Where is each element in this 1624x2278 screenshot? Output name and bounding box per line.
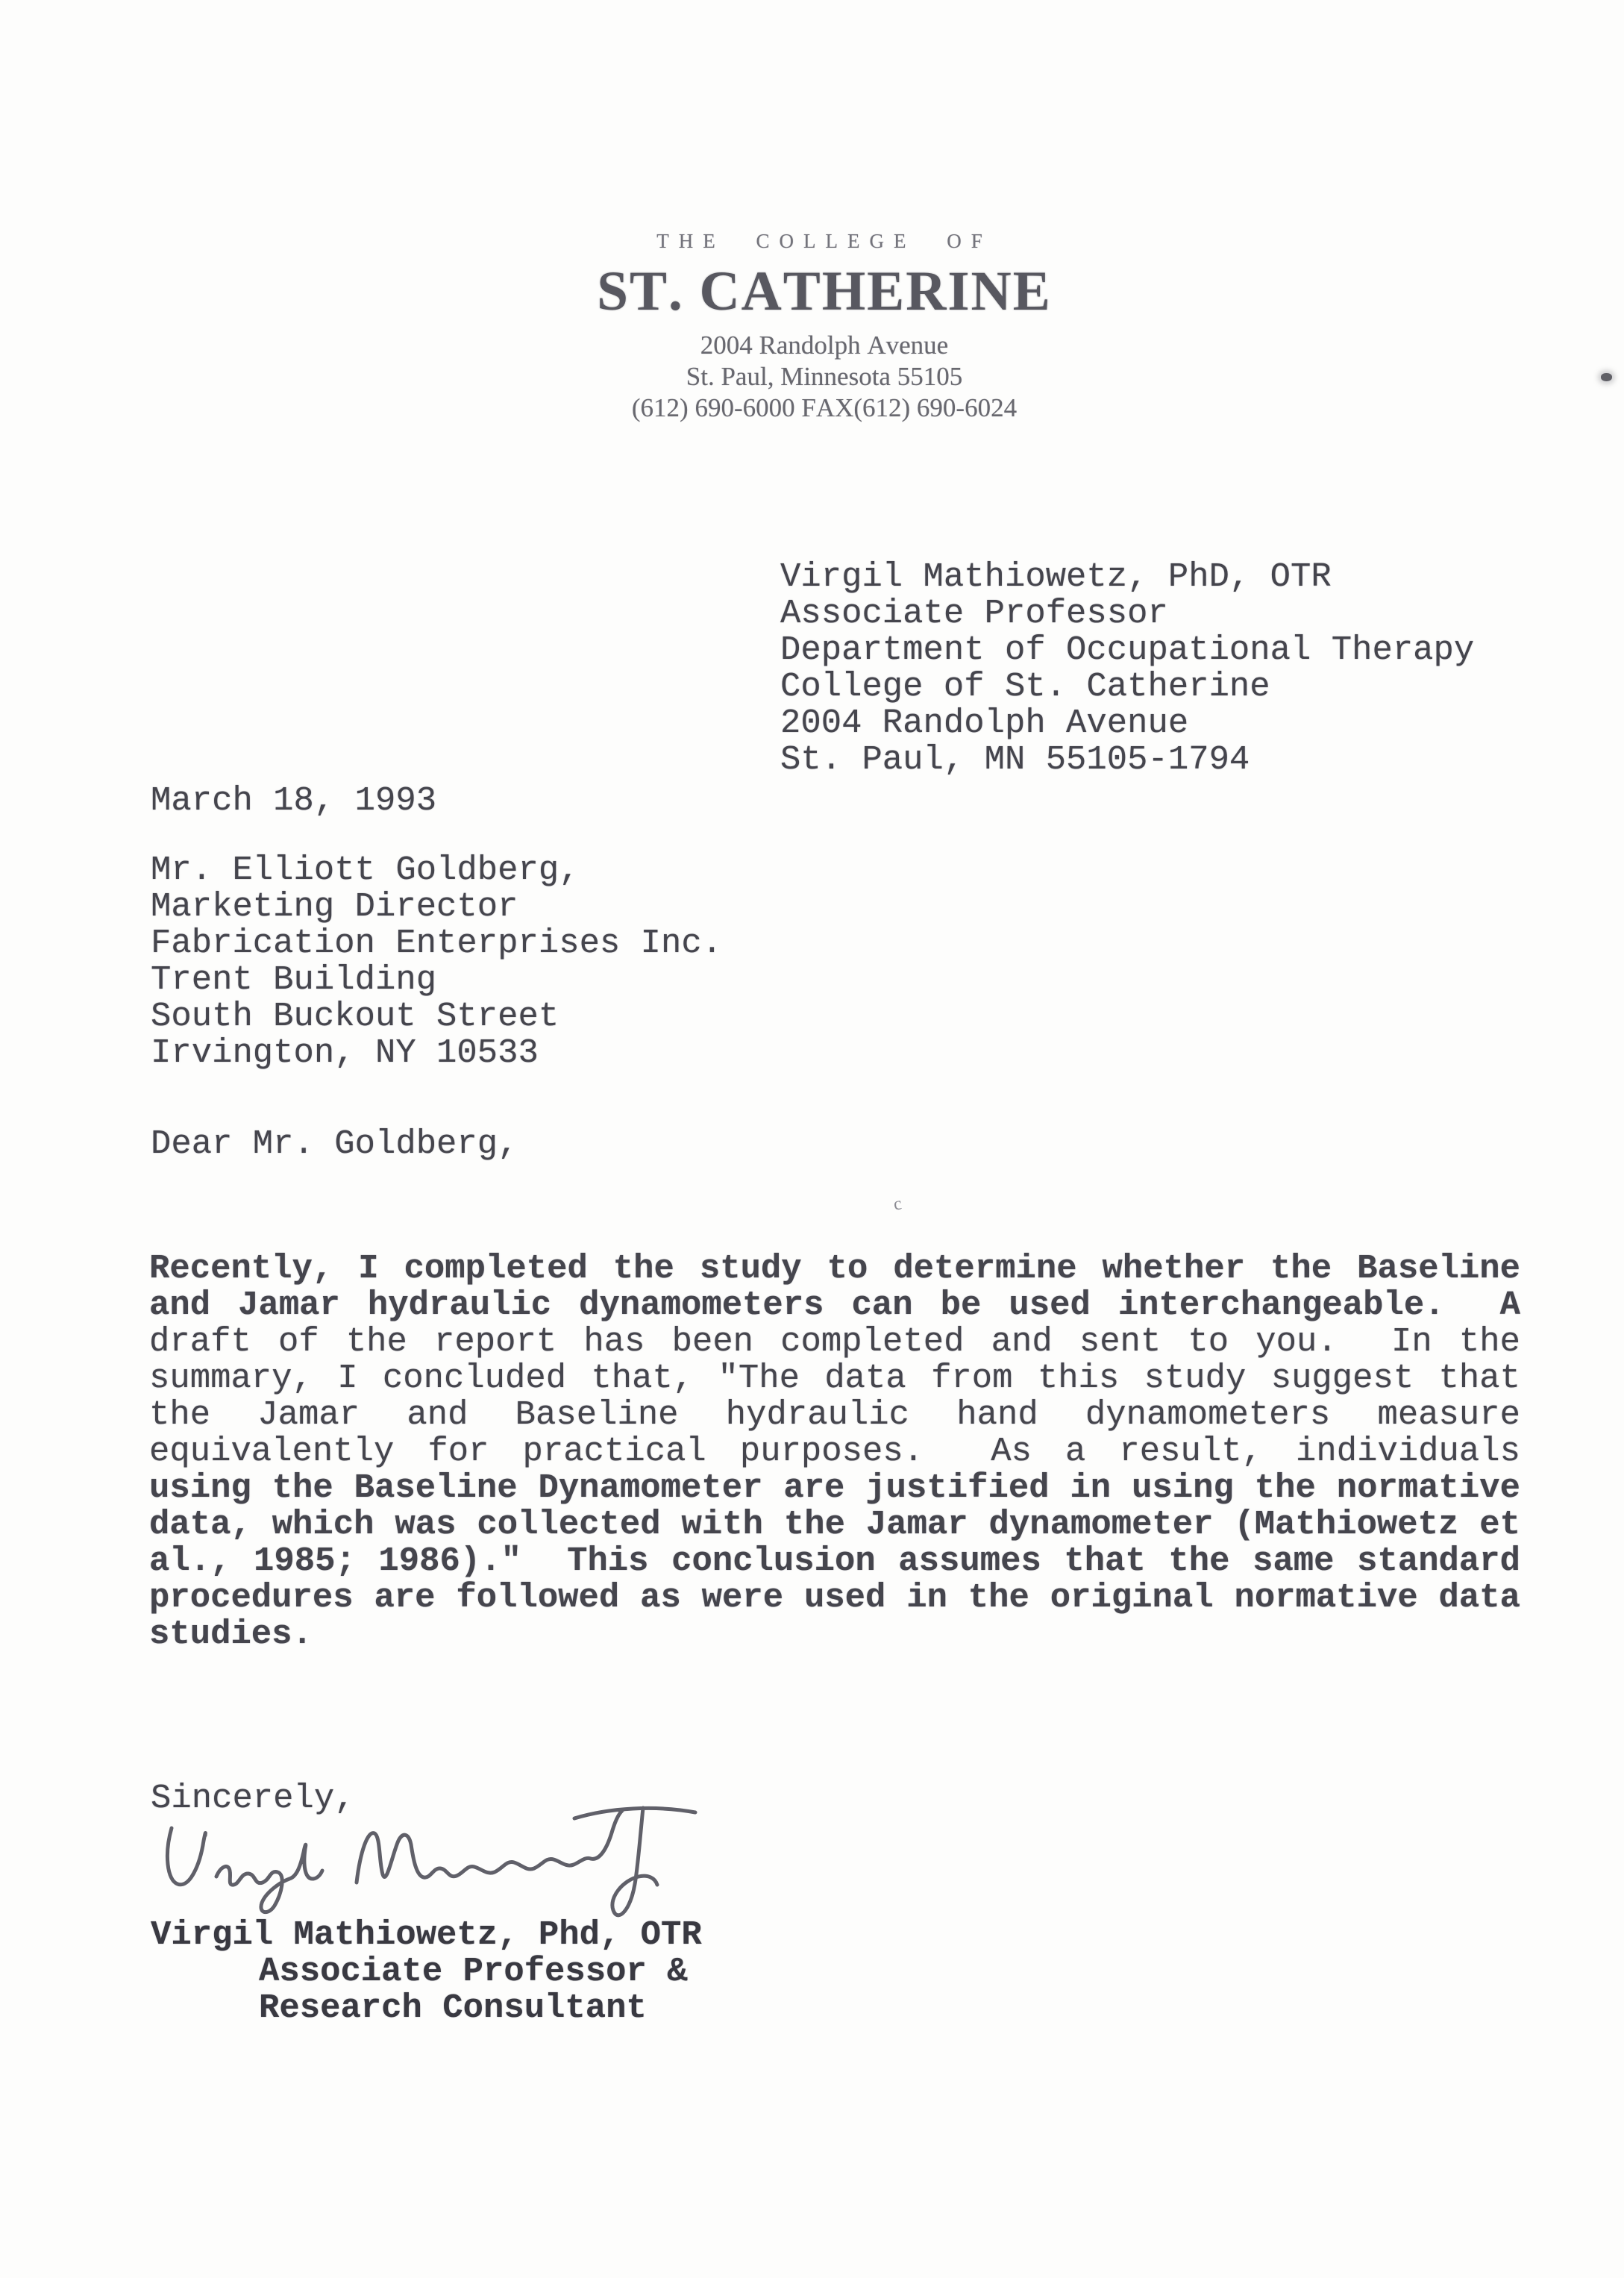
body-paragraph: Recently, I completed the study to deter… — [149, 1251, 1520, 1653]
letterhead-address-line2: St. Paul, Minnesota 55105 — [15, 361, 1624, 392]
salutation: Dear Mr. Goldberg, — [151, 1126, 518, 1163]
recipient-address-block: Mr. Elliott Goldberg, Marketing Director… — [151, 852, 722, 1071]
stray-scan-mark: c — [892, 1194, 903, 1215]
body-line: and Jamar hydraulic dynamometers can be … — [149, 1287, 1520, 1324]
body-line: using the Baseline Dynamometer are justi… — [149, 1470, 1520, 1506]
letterhead-address-line1: 2004 Randolph Avenue — [15, 330, 1624, 361]
letterhead-phone-line: (612) 690-6000 FAX(612) 690-6024 — [15, 392, 1624, 424]
letterhead: THE COLLEGE OF ST. CATHERINE 2004 Randol… — [15, 230, 1624, 424]
sender-address-block: Virgil Mathiowetz, PhD, OTR Associate Pr… — [780, 559, 1474, 778]
body-line: al., 1985; 1986)." This conclusion assum… — [149, 1543, 1520, 1580]
letterhead-college-of: THE COLLEGE OF — [15, 230, 1624, 253]
body-line: the Jamar and Baseline hydraulic hand dy… — [149, 1397, 1520, 1433]
body-line: draft of the report has been completed a… — [149, 1324, 1520, 1360]
signature-title-line1: Associate Professor & — [259, 1953, 688, 1990]
body-line: Recently, I completed the study to deter… — [149, 1251, 1520, 1287]
body-line: studies. — [149, 1616, 1520, 1653]
body-line: equivalently for practical purposes. As … — [149, 1433, 1520, 1470]
body-line: procedures are followed as were used in … — [149, 1580, 1520, 1616]
signature-typed-name: Virgil Mathiowetz, Phd, OTR — [151, 1917, 702, 1953]
date-line: March 18, 1993 — [151, 783, 436, 819]
letterhead-name: ST. CATHERINE — [15, 260, 1624, 324]
letter-page: THE COLLEGE OF ST. CATHERINE 2004 Randol… — [0, 0, 1624, 2278]
scan-speck — [1601, 373, 1612, 381]
signature-title-line2: Research Consultant — [259, 1990, 647, 2027]
body-line: data, which was collected with the Jamar… — [149, 1506, 1520, 1543]
body-line: summary, I concluded that, "The data fro… — [149, 1360, 1520, 1397]
